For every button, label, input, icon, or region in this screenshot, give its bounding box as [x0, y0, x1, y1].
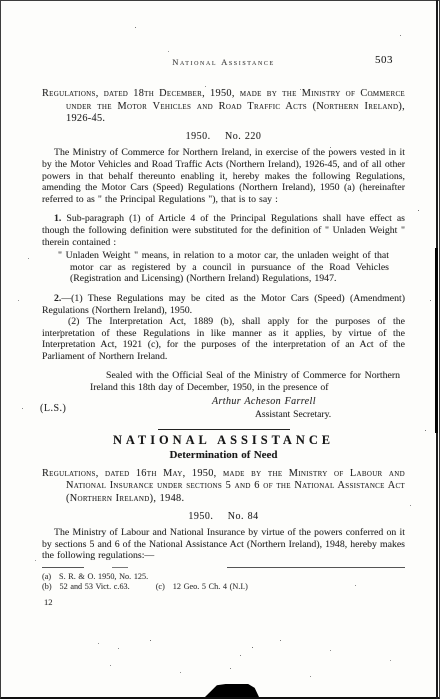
scan-artifact-blob [205, 684, 259, 697]
footnote-c: (c) 12 Geo. 5 Ch. 4 (N.I.) [156, 582, 248, 591]
regulation-2-heading: Regulations, dated 16th May, 1950, made … [42, 468, 405, 506]
signatory-name: Arthur Acheson Farrell [212, 396, 316, 408]
national-assistance-heading: NATIONAL ASSISTANCE [42, 435, 405, 447]
signature-block: (L.S.) Arthur Acheson Farrell Assistant … [42, 396, 405, 424]
footnote-separator-rule [42, 566, 405, 570]
article-1-text: Sub-paragraph (1) of Article 4 of the Pr… [42, 213, 405, 247]
regulation-2-number: 1950. No. 84 [42, 511, 405, 523]
footnotes: (a) S. R. & O. 1950, No. 125. (b) 52 and… [42, 572, 405, 592]
page-number: 503 [375, 55, 393, 67]
article-2-text: —(1) These Regulations may be cited as t… [42, 293, 405, 316]
section-divider-rule [158, 429, 290, 430]
running-header: National Assistance 503 [42, 57, 405, 69]
page-content: National Assistance 503 Regulations, dat… [0, 0, 440, 609]
regulation-1-article-1: 1. Sub-paragraph (1) of Article 4 of the… [42, 213, 405, 248]
scan-edge-shadow [435, 248, 438, 433]
signatory-title: Assistant Secretary. [255, 409, 331, 421]
footnote-bc-row: (b) 52 and 53 Vict. c.63.(c) 12 Geo. 5 C… [42, 582, 405, 592]
seal-mark: (L.S.) [40, 403, 66, 415]
determination-of-need-subheading: Determination of Need [42, 450, 405, 462]
unladen-weight-definition: " Unladen Weight " means, in relation to… [70, 250, 389, 285]
scanned-document-page: National Assistance 503 Regulations, dat… [0, 0, 440, 699]
regulation-1-heading: Regulations, dated 18th December, 1950, … [42, 88, 405, 126]
sealing-clause: Sealed with the Official Seal of the Min… [90, 370, 400, 393]
regulation-1-article-2-2: (2) The Interpretation Act, 1889 (b), sh… [42, 316, 405, 362]
regulation-1-preamble: The Ministry of Commerce for Northern Ir… [42, 147, 405, 205]
regulation-2-preamble: The Ministry of Labour and National Insu… [42, 527, 405, 562]
footnote-b: (b) 52 and 53 Vict. c.63. [42, 582, 130, 591]
printers-signature-mark: 12 [42, 597, 405, 609]
regulation-1-number: 1950. No. 220 [42, 131, 405, 143]
scan-noise [0, 0, 1, 1]
footnote-a: (a) S. R. & O. 1950, No. 125. [42, 572, 405, 582]
running-header-title: National Assistance [172, 57, 275, 67]
regulation-1-article-2-1: 2.—(1) These Regulations may be cited as… [42, 293, 405, 316]
